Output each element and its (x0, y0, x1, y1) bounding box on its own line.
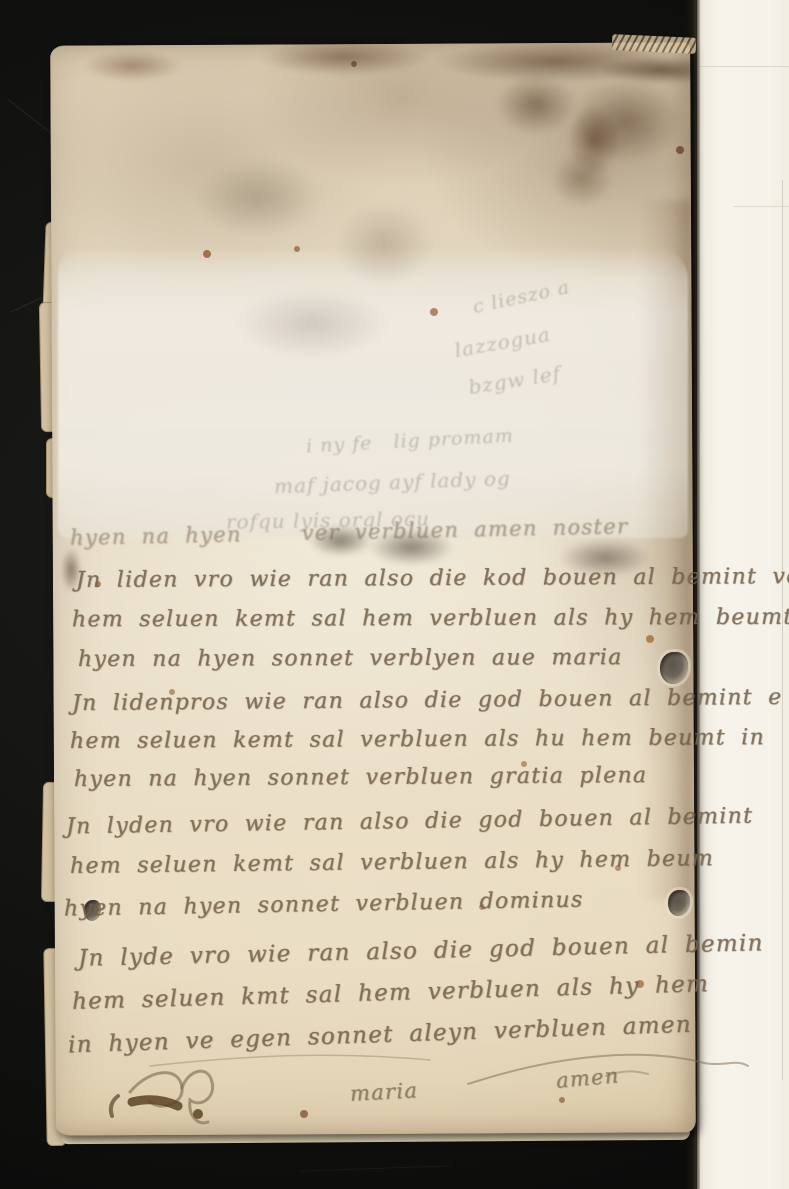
page-edge-line (733, 206, 789, 207)
facing-page (697, 0, 789, 1189)
manuscript-photo: c lieszo a lazzogua bzgw lef i ny fe lig… (0, 0, 789, 1189)
ink-line: Jn liden vro wie ran also die kod bouen … (76, 564, 789, 593)
ink-line: hem seluen kemt sal hem verbluen als hy … (72, 605, 789, 633)
ink-line: hyen na hyen sonnet verblyen aue maria (78, 645, 623, 672)
pen-flourish (0, 1030, 789, 1170)
page-crease (782, 180, 783, 1080)
ink-line: hem seluen kemt sal verbluen als hu hem … (70, 725, 765, 754)
ink-line: hyen na hyen sonnet verbluen gratia plen… (74, 763, 648, 792)
page-edge-line (699, 66, 789, 67)
